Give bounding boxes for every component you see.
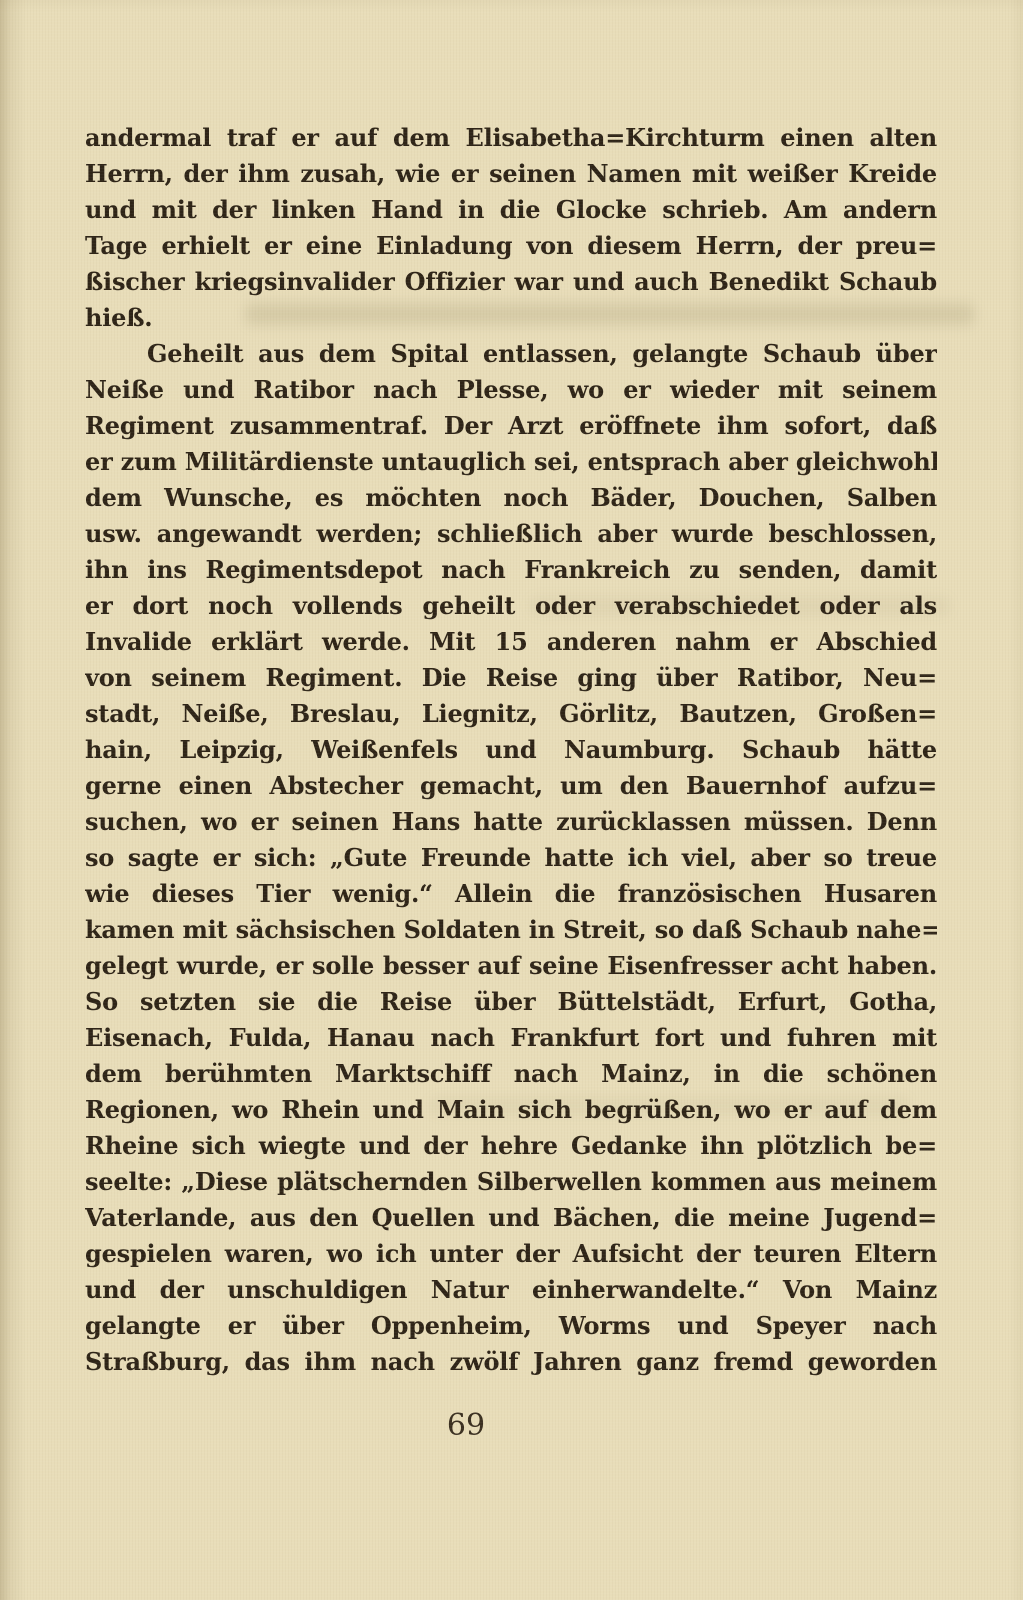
text-line: andermal traf er auf dem Elisabetha=Kirc… xyxy=(85,120,937,156)
text-line: suchen, wo er seinen Hans hatte zurückla… xyxy=(85,804,937,840)
text-line: seelte: „Diese plätschernden Silberwelle… xyxy=(85,1164,937,1200)
text-line: stadt, Neiße, Breslau, Liegnitz, Görlitz… xyxy=(85,696,937,732)
text-line: gelegt wurde, er solle besser auf seine … xyxy=(85,948,937,984)
text-line: hieß. xyxy=(85,300,937,336)
text-line: kamen mit sächsischen Soldaten in Streit… xyxy=(85,912,937,948)
text-line: Regiment zusammentraf. Der Arzt eröffnet… xyxy=(85,408,937,444)
text-line: Regionen, wo Rhein und Main sich begrüße… xyxy=(85,1092,937,1128)
book-page: andermal traf er auf dem Elisabetha=Kirc… xyxy=(0,0,1023,1600)
text-line: und der unschuldigen Natur einherwandelt… xyxy=(85,1272,937,1308)
text-line: Neiße und Ratibor nach Plesse, wo er wie… xyxy=(85,372,937,408)
text-line: er dort noch vollends geheilt oder verab… xyxy=(85,588,937,624)
text-line: ihn ins Regimentsdepot nach Frankreich z… xyxy=(85,552,937,588)
text-line: Herrn, der ihm zusah, wie er seinen Name… xyxy=(85,156,937,192)
text-line: wie dieses Tier wenig.“ Allein die franz… xyxy=(85,876,937,912)
text-line: Vaterlande, aus den Quellen und Bächen, … xyxy=(85,1200,937,1236)
text-line: Geheilt aus dem Spital entlassen, gelang… xyxy=(85,336,937,372)
text-line: ßischer kriegsinvalider Offizier war und… xyxy=(85,264,937,300)
text-line: dem berühmten Marktschiff nach Mainz, in… xyxy=(85,1056,937,1092)
text-line: dem Wunsche, es möchten noch Bäder, Douc… xyxy=(85,480,937,516)
text-line: Rheine sich wiegte und der hehre Gedanke… xyxy=(85,1128,937,1164)
text-line: Tage erhielt er eine Einladung von diese… xyxy=(85,228,937,264)
text-line: gerne einen Abstecher gemacht, um den Ba… xyxy=(85,768,937,804)
text-line: und mit der linken Hand in die Glocke sc… xyxy=(85,192,937,228)
text-line: von seinem Regiment. Die Reise ging über… xyxy=(85,660,937,696)
text-line: Straßburg, das ihm nach zwölf Jahren gan… xyxy=(85,1344,937,1380)
text-line: Eisenach, Fulda, Hanau nach Frankfurt fo… xyxy=(85,1020,937,1056)
body-text-block: andermal traf er auf dem Elisabetha=Kirc… xyxy=(85,120,937,1380)
text-line: gespielen waren, wo ich unter der Aufsic… xyxy=(85,1236,937,1272)
text-line: so sagte er sich: „Gute Freunde hatte ic… xyxy=(85,840,937,876)
text-line: So setzten sie die Reise über Büttelstäd… xyxy=(85,984,937,1020)
text-line: Invalide erklärt werde. Mit 15 anderen n… xyxy=(85,624,937,660)
text-line: usw. angewandt werden; schließlich aber … xyxy=(85,516,937,552)
page-number: 69 xyxy=(40,1408,892,1443)
text-line: gelangte er über Oppenheim, Worms und Sp… xyxy=(85,1308,937,1344)
text-line: er zum Militärdienste untauglich sei, en… xyxy=(85,444,937,480)
text-line: hain, Leipzig, Weißenfels und Naumburg. … xyxy=(85,732,937,768)
